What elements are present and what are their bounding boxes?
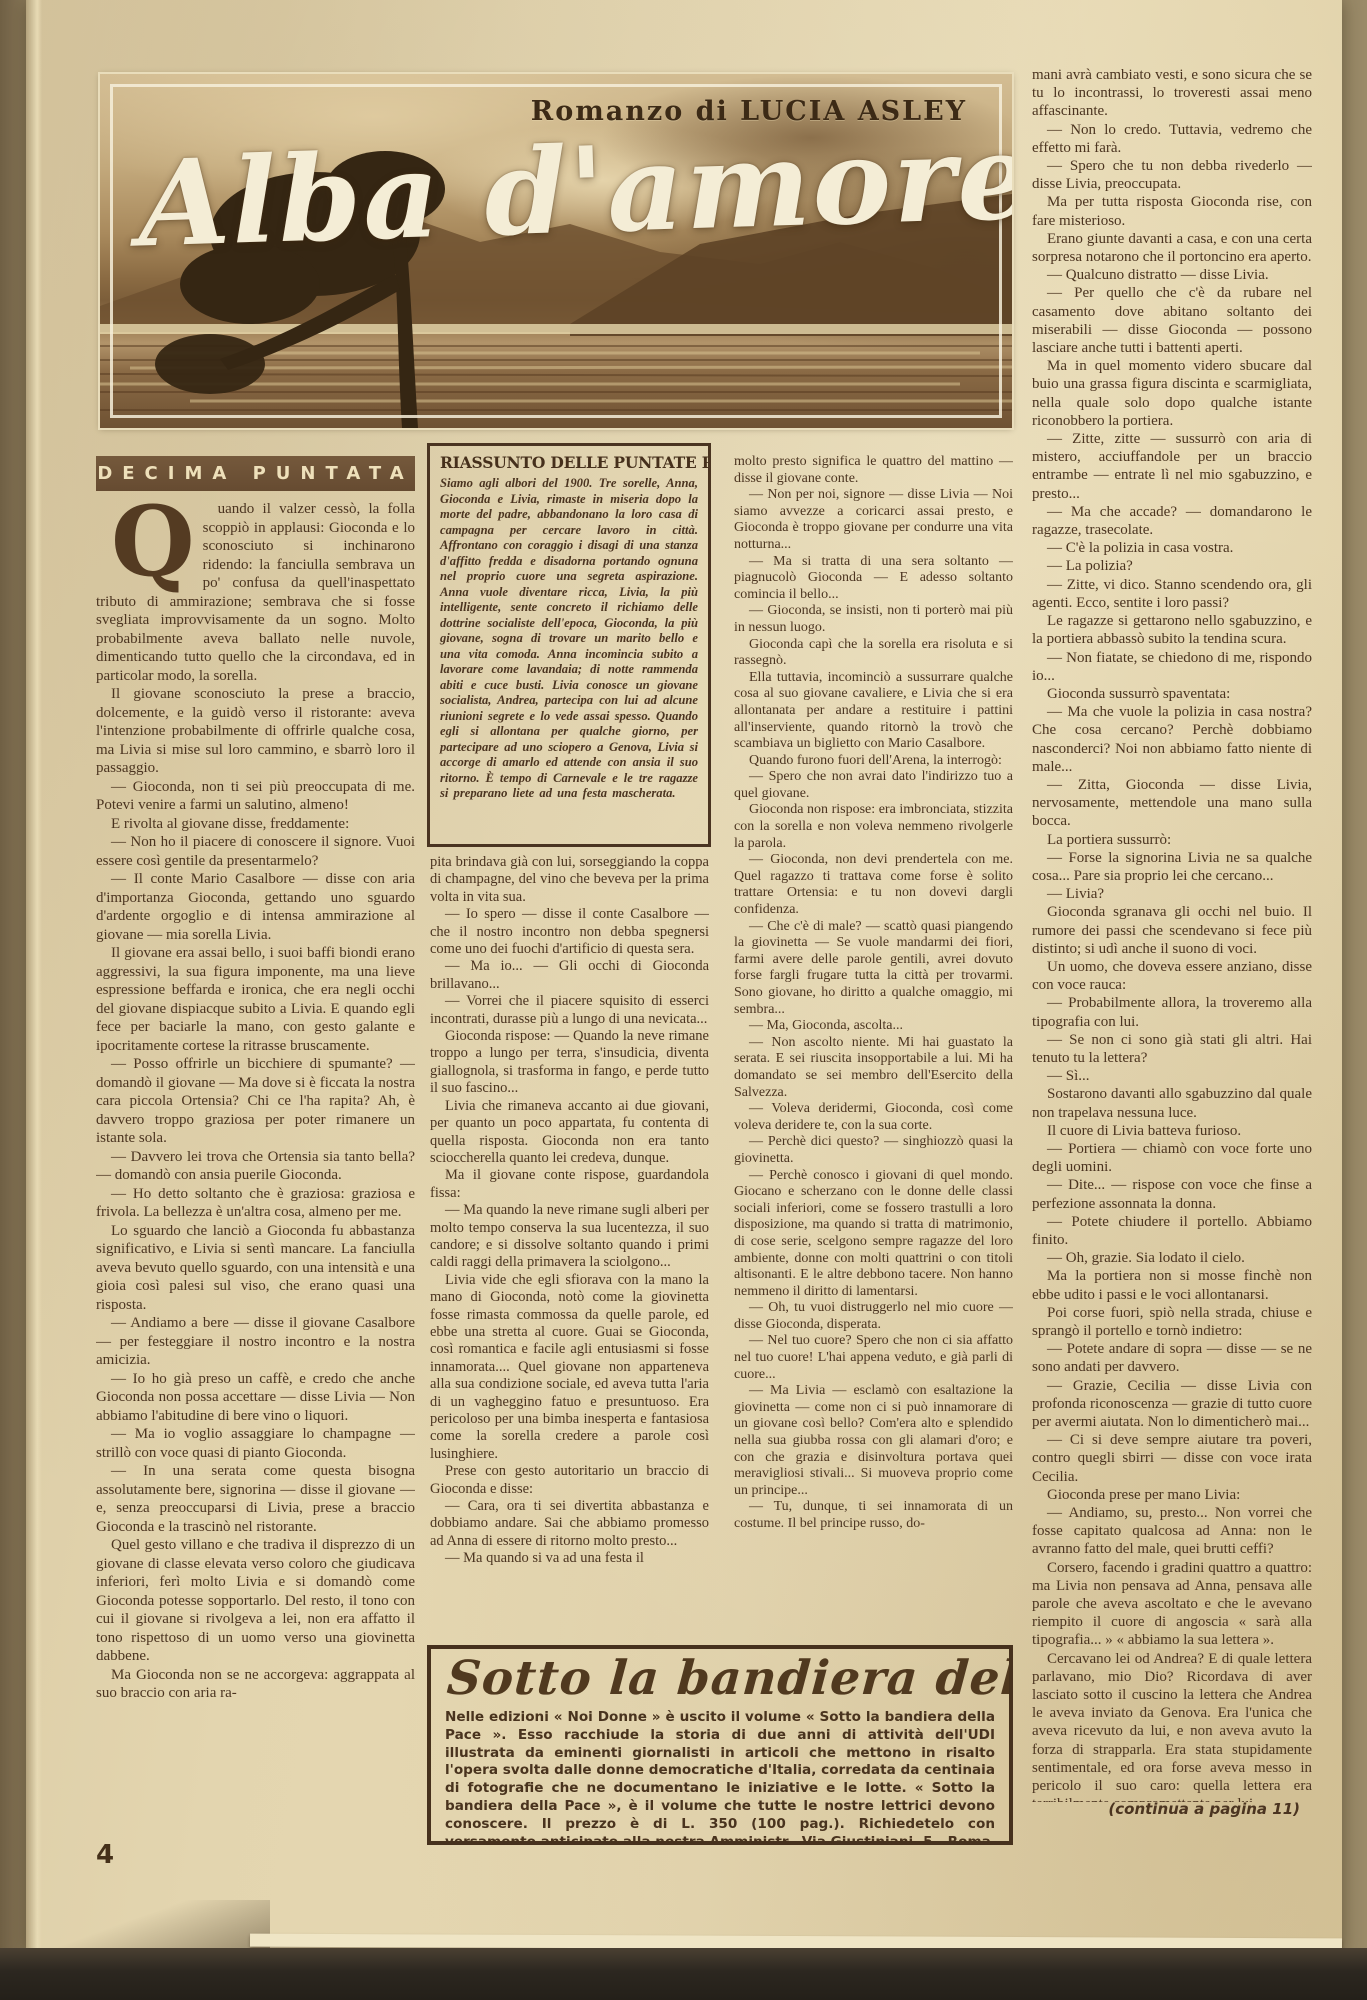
story-paragraph: Un uomo, che doveva essere anziano, diss… xyxy=(1032,958,1312,994)
story-paragraph: — Per quello che c'è da rubare nel casam… xyxy=(1032,284,1312,357)
advert-body: Nelle edizioni « Noi Donne » è uscito il… xyxy=(445,1709,995,1845)
story-column-4: mani avrà cambiato vesti, e sono sicura … xyxy=(1032,66,1312,1802)
story-paragraph: — Dite... — rispose con voce che finse a… xyxy=(1032,1176,1312,1212)
story-paragraph: — La polizia? xyxy=(1032,557,1312,575)
story-paragraph: Livia che rimaneva accanto ai due giovan… xyxy=(430,1098,709,1168)
story-paragraph: — Non ho il piacere di conoscere il sign… xyxy=(96,833,415,870)
story-paragraph: — Oh, grazie. Sia lodato il cielo. xyxy=(1032,1249,1312,1267)
story-column-1: Quando il valzer cessò, la folla scoppiò… xyxy=(96,500,415,1832)
story-paragraph: — Gioconda, non devi prendertela con me.… xyxy=(734,852,1013,918)
story-paragraph: — Ci si deve sempre aiutare tra poveri, … xyxy=(1032,1431,1312,1486)
story-paragraph: — Perchè dici questo? — singhiozzò quasi… xyxy=(734,1134,1013,1167)
story-paragraph: — Probabilmente allora, la troveremo all… xyxy=(1032,994,1312,1030)
story-paragraph: — Il conte Mario Casalbore — disse con a… xyxy=(96,870,415,944)
story-paragraph: — Vorrei che il piacere squisito di esse… xyxy=(430,993,709,1028)
story-paragraph: Quando furono fuori dell'Arena, la inter… xyxy=(734,753,1013,770)
story-paragraph: — Potete andare di sopra — disse — se ne… xyxy=(1032,1340,1312,1376)
story-paragraph: — Io spero — disse il conte Casalbore — … xyxy=(430,906,709,958)
story-paragraph: — Nel tuo cuore? Spero che non ci sia af… xyxy=(734,1333,1013,1383)
story-paragraph: — Perchè conosco i giovani di quel mondo… xyxy=(734,1168,1013,1301)
advert-title: Sotto la bandiera della Pace xyxy=(445,1653,997,1705)
story-paragraph: — Sì... xyxy=(1032,1067,1312,1085)
story-paragraph: — Zitta, Gioconda — disse Livia, nervosa… xyxy=(1032,776,1312,831)
story-paragraph: — Voleva deridermi, Gioconda, così come … xyxy=(734,1101,1013,1134)
story-paragraph: Ma in quel momento videro sbucare dal bu… xyxy=(1032,357,1312,430)
story-paragraph: — Non ascolto niente. Mi hai guastato la… xyxy=(734,1035,1013,1101)
summary-title: RIASSUNTO DELLE PUNTATE PRECEDENTI xyxy=(440,453,698,472)
installment-banner: DECIMA PUNTATA xyxy=(96,456,415,491)
story-paragraph: Sostarono davanti allo sgabuzzino dal qu… xyxy=(1032,1085,1312,1121)
story-paragraph: — Andiamo a bere — disse il giovane Casa… xyxy=(96,1314,415,1370)
story-paragraph: Ella tuttavia, incominciò a sussurrare q… xyxy=(734,670,1013,753)
summary-body: Siamo agli albori del 1900. Tre sorelle,… xyxy=(440,476,698,802)
story-paragraph: molto presto significa le quattro del ma… xyxy=(734,454,1013,487)
previous-installments-summary-box: RIASSUNTO DELLE PUNTATE PRECEDENTI Siamo… xyxy=(427,443,711,847)
story-paragraph: — Zitte, vi dico. Stanno scendendo ora, … xyxy=(1032,576,1312,612)
story-paragraph: — Non fiatate, se chiedono di me, rispon… xyxy=(1032,649,1312,685)
story-paragraph: — Che c'è di male? — scattò quasi piange… xyxy=(734,919,1013,1019)
story-paragraph: Ma la portiera non si mosse finchè non e… xyxy=(1032,1267,1312,1303)
story-paragraph: pita brindava già con lui, sorseggiando … xyxy=(430,854,709,906)
story-paragraph: Cercavano lei od Andrea? E di quale lett… xyxy=(1032,1650,1312,1802)
story-paragraph: — Non lo credo. Tuttavia, vedremo che ef… xyxy=(1032,121,1312,157)
story-paragraph: Prese con gesto autoritario un braccio d… xyxy=(430,1463,709,1498)
story-paragraph: — Spero che non avrai dato l'indirizzo t… xyxy=(734,769,1013,802)
story-paragraph: — Ho detto soltanto che è graziosa: graz… xyxy=(96,1185,415,1222)
drop-cap: Q xyxy=(96,500,203,580)
story-paragraph: Gioconda non rispose: era imbronciata, s… xyxy=(734,802,1013,852)
story-paragraph: — Oh, tu vuoi distruggerlo nel mio cuore… xyxy=(734,1300,1013,1333)
story-paragraph: Livia vide che egli sfiorava con la mano… xyxy=(430,1272,709,1463)
story-paragraph: — Zitte, zitte — sussurrò con aria di mi… xyxy=(1032,430,1312,503)
story-paragraph: — C'è la polizia in casa vostra. xyxy=(1032,539,1312,557)
story-paragraph: — Cara, ora ti sei divertita abbastanza … xyxy=(430,1498,709,1550)
story-paragraph: Lo sguardo che lanciò a Gioconda fu abba… xyxy=(96,1222,415,1315)
story-paragraph: — Grazie, Cecilia — disse Livia con prof… xyxy=(1032,1377,1312,1432)
story-paragraph: Gioconda sussurrò spaventata: xyxy=(1032,685,1312,703)
opening-paragraph: Quando il valzer cessò, la folla scoppiò… xyxy=(96,500,415,685)
story-paragraph: Il giovane era assai bello, i suoi baffi… xyxy=(96,944,415,1055)
story-paragraph: Ma il giovane conte rispose, guardandola… xyxy=(430,1167,709,1202)
story-paragraph: — Andiamo, su, presto... Non vorrei che … xyxy=(1032,1504,1312,1559)
story-paragraph: Erano giunte davanti a casa, e con una c… xyxy=(1032,230,1312,266)
story-paragraph: — Davvero lei trova che Ortensia sia tan… xyxy=(96,1148,415,1185)
story-paragraph: Le ragazze si gettarono nello sgabuzzino… xyxy=(1032,612,1312,648)
story-paragraph: — Gioconda, se insisti, non ti porterò m… xyxy=(734,603,1013,636)
story-paragraph: Gioconda sgranava gli occhi nel buio. Il… xyxy=(1032,903,1312,958)
magazine-page-scan: Romanzo di LUCIA ASLEY Alba d'amore DECI… xyxy=(0,0,1367,2000)
story-paragraph: — Ma che vuole la polizia in casa nostra… xyxy=(1032,703,1312,776)
story-paragraph: — Se non ci sono già stati gli altri. Ha… xyxy=(1032,1031,1312,1067)
story-paragraph: Gioconda capì che la sorella era risolut… xyxy=(734,637,1013,670)
story-paragraph: — Ma io voglio assaggiare lo champagne —… xyxy=(96,1425,415,1462)
story-paragraph: — Livia? xyxy=(1032,885,1312,903)
story-paragraph: — Ma quando la neve rimane sugli alberi … xyxy=(430,1202,709,1272)
advert-box: Sotto la bandiera della Pace Nelle edizi… xyxy=(427,1645,1013,1845)
story-paragraph: — Ma si tratta di una sera soltanto — pi… xyxy=(734,554,1013,604)
story-paragraph: — Non per noi, signore — disse Livia — N… xyxy=(734,487,1013,553)
story-paragraph: Corsero, facendo i gradini quattro a qua… xyxy=(1032,1559,1312,1650)
story-paragraph: E rivolta al giovane disse, freddamente: xyxy=(96,815,415,834)
story-column-3: molto presto significa le quattro del ma… xyxy=(734,454,1013,1636)
story-paragraph: — Forse la signorina Livia ne sa qualche… xyxy=(1032,849,1312,885)
header-photo: Romanzo di LUCIA ASLEY Alba d'amore xyxy=(100,74,1012,428)
story-paragraph: — Portiera — chiamò con voce forte uno d… xyxy=(1032,1140,1312,1176)
story-paragraph: — Spero che tu non debba rivederlo — dis… xyxy=(1032,157,1312,193)
paper-left-edge xyxy=(26,0,42,1956)
story-paragraph: — Ma Livia — esclamò con esaltazione la … xyxy=(734,1383,1013,1499)
story-paragraph: — Io ho già preso un caffè, e credo che … xyxy=(96,1370,415,1426)
story-paragraph: — Ma io... — Gli occhi di Gioconda brill… xyxy=(430,958,709,993)
page-number: 4 xyxy=(96,1840,114,1870)
story-paragraph: — Gioconda, non ti sei più preoccupata d… xyxy=(96,778,415,815)
story-paragraph: mani avrà cambiato vesti, e sono sicura … xyxy=(1032,66,1312,121)
scan-bottom-shadow xyxy=(0,1948,1367,2000)
story-paragraph: — Ma che accade? — domandarono le ragazz… xyxy=(1032,503,1312,539)
story-paragraph: Gioconda rispose: — Quando la neve riman… xyxy=(430,1028,709,1098)
story-paragraph: Gioconda prese per mano Livia: xyxy=(1032,1486,1312,1504)
story-column-2: pita brindava già con lui, sorseggiando … xyxy=(430,854,709,1646)
story-paragraph: Poi corse fuori, spiò nella strada, chiu… xyxy=(1032,1304,1312,1340)
story-paragraph: — Tu, dunque, ti sei innamorata di un co… xyxy=(734,1499,1013,1532)
story-paragraph: Il giovane sconosciuto la prese a bracci… xyxy=(96,685,415,778)
novel-title: Alba d'amore xyxy=(136,119,999,264)
story-paragraph: Il cuore di Livia batteva furioso. xyxy=(1032,1122,1312,1140)
story-paragraph: — Ma, Gioconda, ascolta... xyxy=(734,1018,1013,1035)
story-paragraph: — In una serata come questa bisogna asso… xyxy=(96,1462,415,1536)
story-paragraph: La portiera sussurrò: xyxy=(1032,831,1312,849)
story-paragraph: — Qualcuno distratto — disse Livia. xyxy=(1032,266,1312,284)
story-paragraph: — Potete chiudere il portello. Abbiamo f… xyxy=(1032,1213,1312,1249)
installment-banner-label: DECIMA PUNTATA xyxy=(97,463,413,484)
story-paragraph: Ma per tutta risposta Gioconda rise, con… xyxy=(1032,193,1312,229)
story-paragraph: — Ma quando si va ad una festa il xyxy=(430,1550,709,1567)
continuation-note: (continua a pagina 11) xyxy=(1032,1800,1300,1818)
story-paragraph: — Posso offrirle un bicchiere di spumant… xyxy=(96,1055,415,1148)
story-paragraph: Quel gesto villano e che tradiva il disp… xyxy=(96,1536,415,1666)
story-paragraph: Ma Gioconda non se ne accorgeva: aggrapp… xyxy=(96,1666,415,1703)
